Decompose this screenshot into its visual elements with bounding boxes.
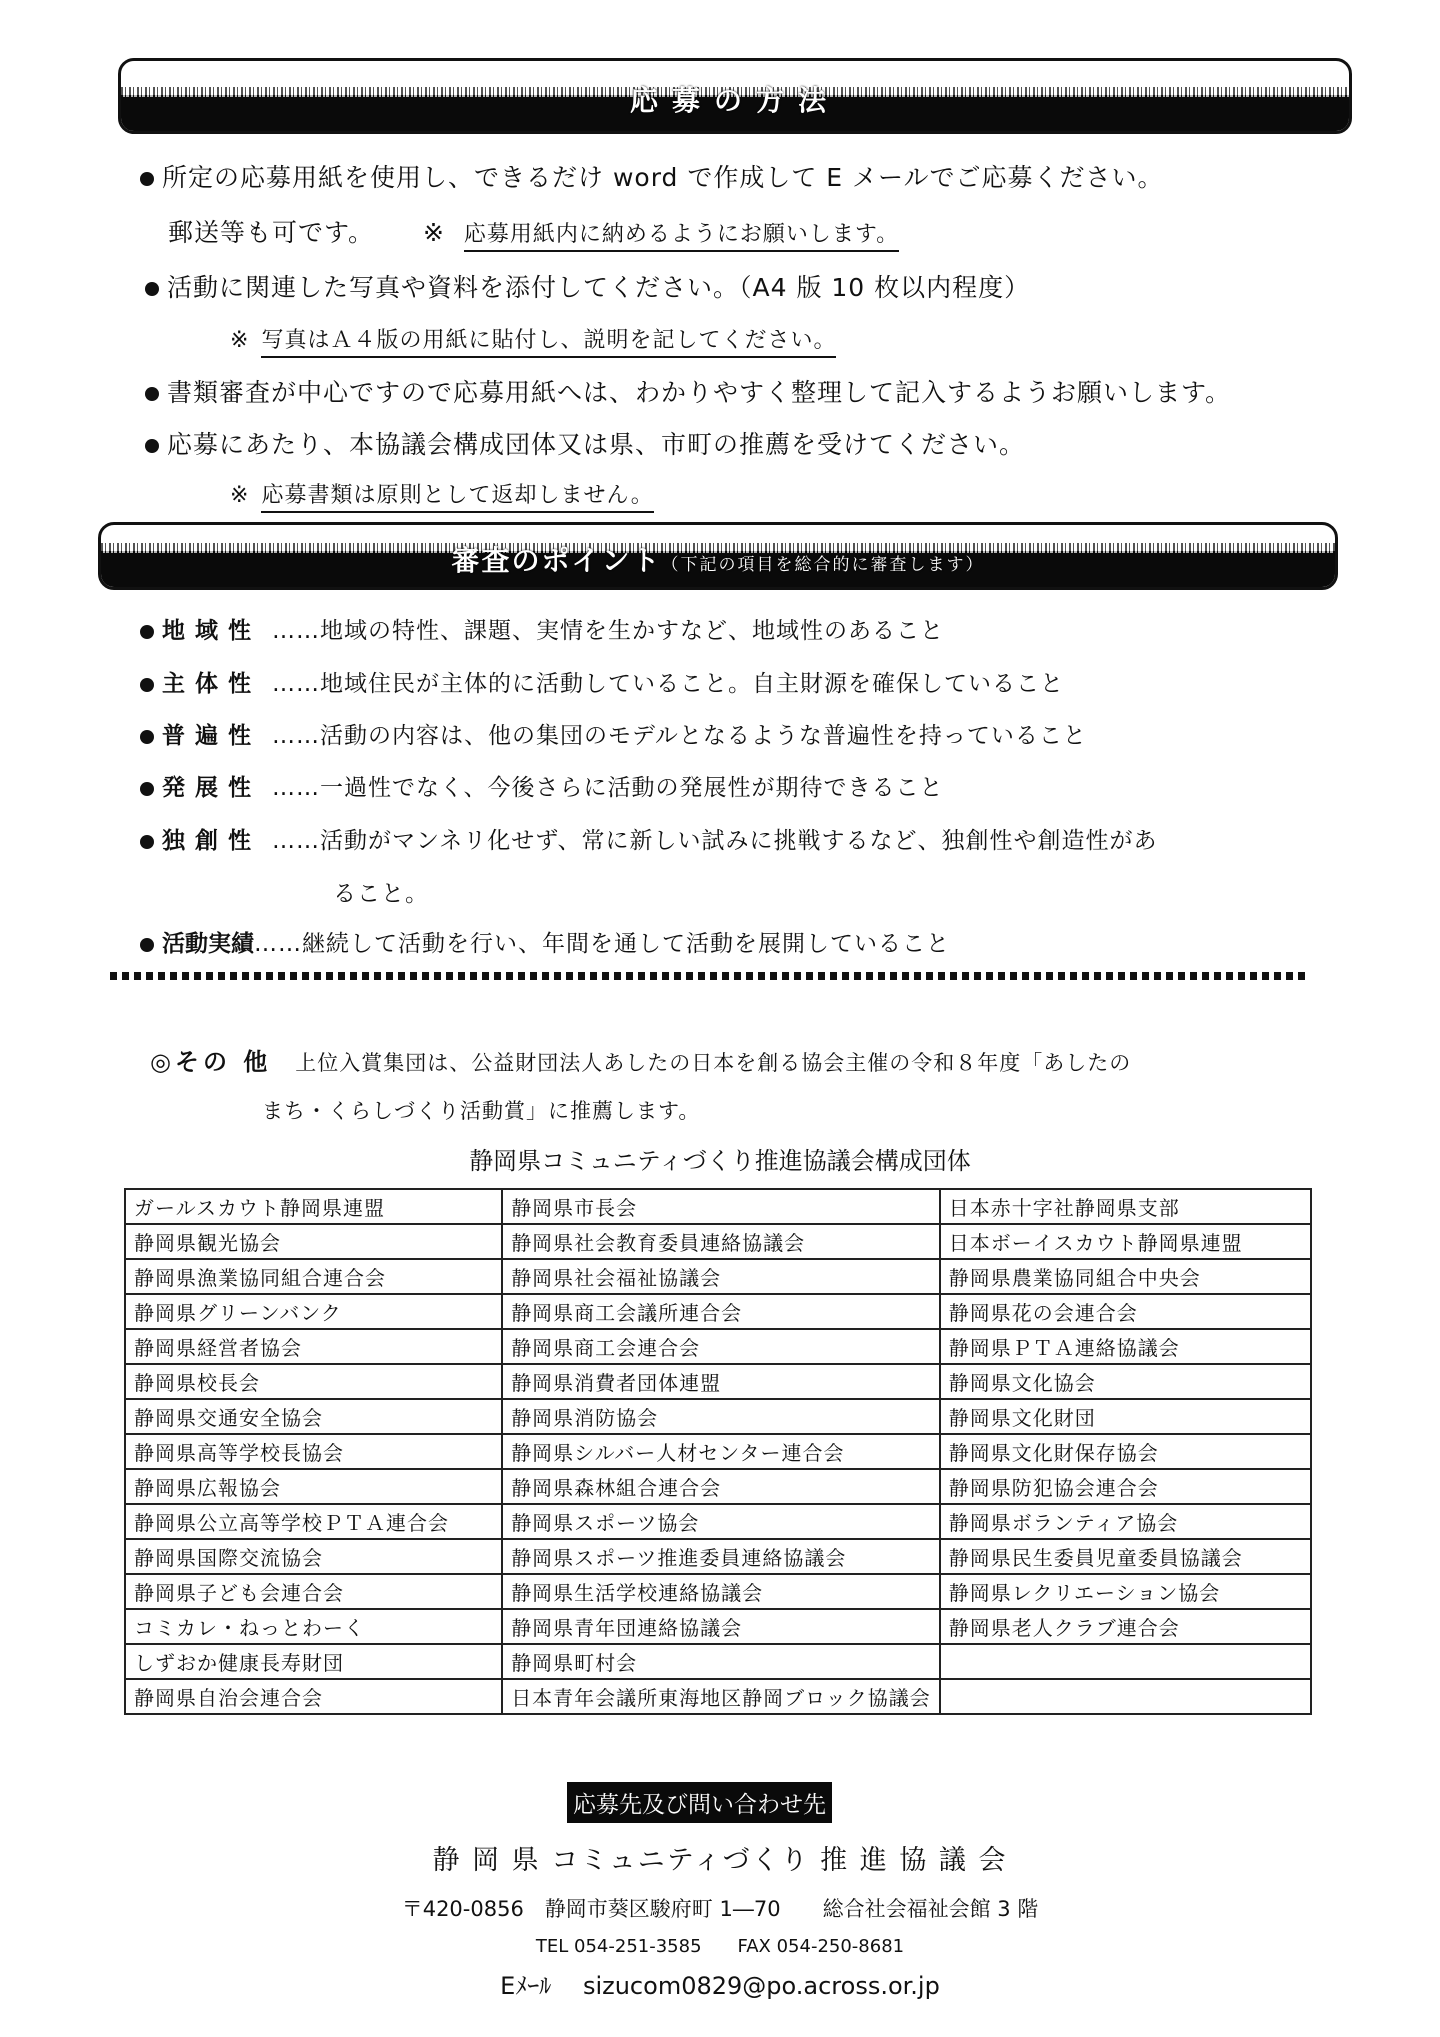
table-cell: 静岡県文化協会 xyxy=(940,1364,1311,1399)
table-row: 静岡県経営者協会静岡県商工会連合会静岡県ＰＴＡ連絡協議会 xyxy=(125,1329,1311,1364)
contact-org-name: 静 岡 県 コミュニティづくり 推 進 協 議 会 xyxy=(0,1838,1440,1877)
table-row: コミカレ・ねっとわーく静岡県青年団連絡協議会静岡県老人クラブ連合会 xyxy=(125,1609,1311,1644)
table-cell: 静岡県国際交流協会 xyxy=(125,1539,502,1574)
table-cell: 静岡県森林組合連合会 xyxy=(502,1469,940,1504)
bullet-icon xyxy=(140,172,154,186)
point-term: 普遍性 xyxy=(162,717,272,750)
table-cell: 静岡県市長会 xyxy=(502,1189,940,1224)
instruction-4: 応募にあたり、本協議会構成団体又は県、市町の推薦を受けてください。 xyxy=(145,425,1025,461)
point-term: 地域性 xyxy=(162,612,272,645)
instruction-text: 郵送等も可です。 xyxy=(168,218,374,247)
bullet-icon xyxy=(145,387,159,401)
table-cell: 静岡県子ども会連合会 xyxy=(125,1574,502,1609)
table-cell: 静岡県公立高等学校ＰＴＡ連合会 xyxy=(125,1504,502,1539)
table-cell: 静岡県町村会 xyxy=(502,1644,940,1679)
point-desc: 一過性でなく、今後さらに活動の発展性が期待できること xyxy=(320,775,944,801)
table-row: ガールスカウト静岡県連盟静岡県市長会日本赤十字社静岡県支部 xyxy=(125,1189,1311,1224)
table-cell: 静岡県生活学校連絡協議会 xyxy=(502,1574,940,1609)
table-cell: 静岡県観光協会 xyxy=(125,1224,502,1259)
table-cell: 静岡県グリーンバンク xyxy=(125,1294,502,1329)
point-sep: …… xyxy=(272,775,320,801)
point-originality: 独創性……活動がマンネリ化せず、常に新しい試みに挑戦するなど、独創性や創造性があ xyxy=(140,822,1157,855)
point-term: 独創性 xyxy=(162,822,272,855)
table-cell: 静岡県スポーツ推進委員連絡協議会 xyxy=(502,1539,940,1574)
table-cell: 静岡県交通安全協会 xyxy=(125,1399,502,1434)
table-row: 静岡県子ども会連合会静岡県生活学校連絡協議会静岡県レクリエーション協会 xyxy=(125,1574,1311,1609)
table-cell: 静岡県消費者団体連盟 xyxy=(502,1364,940,1399)
point-sep: …… xyxy=(254,931,302,957)
instruction-text: 応募にあたり、本協議会構成団体又は県、市町の推薦を受けてください。 xyxy=(167,430,1025,459)
email-label: Eﾒｰﾙ xyxy=(500,1972,551,2000)
point-desc: 活動がマンネリ化せず、常に新しい試みに挑戦するなど、独創性や創造性があ xyxy=(320,828,1157,854)
table-cell: 日本赤十字社静岡県支部 xyxy=(940,1189,1311,1224)
contact-telfax: TEL 054-251-3585 FAX 054-250-8681 xyxy=(0,1932,1440,1958)
instruction-text: 書類審査が中心ですので応募用紙へは、わかりやすく整理して記入するようお願いします… xyxy=(167,378,1231,407)
table-row: 静岡県漁業協同組合連合会静岡県社会福祉協議会静岡県農業協同組合中央会 xyxy=(125,1259,1311,1294)
table-row: 静岡県校長会静岡県消費者団体連盟静岡県文化協会 xyxy=(125,1364,1311,1399)
contact-label: 応募先及び問い合わせ先 xyxy=(567,1782,832,1823)
table-cell: ガールスカウト静岡県連盟 xyxy=(125,1189,502,1224)
table-cell: 静岡県消防協会 xyxy=(502,1399,940,1434)
table-row: 静岡県広報協会静岡県森林組合連合会静岡県防犯協会連合会 xyxy=(125,1469,1311,1504)
note-text: 応募用紙内に納めるようにお願いします。 xyxy=(464,222,899,252)
table-row: 静岡県公立高等学校ＰＴＡ連合会静岡県スポーツ協会静岡県ボランティア協会 xyxy=(125,1504,1311,1539)
bullet-icon xyxy=(145,282,159,296)
email-link[interactable]: sizucom0829@po.across.or.jp xyxy=(583,1972,940,2000)
point-development: 発展性……一過性でなく、今後さらに活動の発展性が期待できること xyxy=(140,769,944,802)
bullet-icon xyxy=(140,625,154,639)
point-desc: 継続して活動を行い、年間を通して活動を展開していること xyxy=(302,931,950,957)
table-cell: 静岡県老人クラブ連合会 xyxy=(940,1609,1311,1644)
dotted-divider xyxy=(110,972,1310,980)
other-text: 上位入賞集団は、公益財団法人あしたの日本を創る協会主催の令和８年度「あしたの xyxy=(295,1051,1131,1075)
instruction-4-note: ※ 応募書類は原則として返却しません。 xyxy=(230,478,654,509)
note-mark: ※ xyxy=(423,218,445,247)
point-desc: 地域の特性、課題、実情を生かすなど、地域性のあること xyxy=(320,618,944,644)
table-cell: 日本ボーイスカウト静岡県連盟 xyxy=(940,1224,1311,1259)
point-universality: 普遍性……活動の内容は、他の集団のモデルとなるような普遍性を持っていること xyxy=(140,717,1087,750)
table-cell: しずおか健康長寿財団 xyxy=(125,1644,502,1679)
point-term: 発展性 xyxy=(162,769,272,802)
instruction-text: 所定の応募用紙を使用し、できるだけ word で作成して E メールでご応募くだ… xyxy=(162,163,1164,192)
instruction-2-note: ※ 写真はＡ４版の用紙に貼付し、説明を記してください。 xyxy=(230,323,836,354)
table-cell: 静岡県高等学校長協会 xyxy=(125,1434,502,1469)
note-mark: ※ xyxy=(230,328,249,353)
table-cell: 日本青年会議所東海地区静岡ブロック協議会 xyxy=(502,1679,940,1714)
section-banner-application-method: 応募の方法 xyxy=(118,58,1352,134)
point-desc: 地域住民が主体的に活動していること。自主財源を確保していること xyxy=(320,671,1064,697)
table-cell xyxy=(940,1679,1311,1714)
bullet-icon xyxy=(140,730,154,744)
table-row: 静岡県観光協会静岡県社会教育委員連絡協議会日本ボーイスカウト静岡県連盟 xyxy=(125,1224,1311,1259)
note-text: 応募書類は原則として返却しません。 xyxy=(261,483,653,513)
table-cell: 静岡県商工会連合会 xyxy=(502,1329,940,1364)
point-autonomy: 主体性……地域住民が主体的に活動していること。自主財源を確保していること xyxy=(140,665,1064,698)
table-cell: 静岡県経営者協会 xyxy=(125,1329,502,1364)
instruction-1: 所定の応募用紙を使用し、できるだけ word で作成して E メールでご応募くだ… xyxy=(140,158,1164,194)
members-title: 静岡県コミュニティづくり推進協議会構成団体 xyxy=(0,1141,1440,1176)
table-cell: 静岡県社会福祉協議会 xyxy=(502,1259,940,1294)
section-title-text: 審査のポイント xyxy=(451,544,661,577)
table-row: 静岡県国際交流協会静岡県スポーツ推進委員連絡協議会静岡県民生委員児童委員協議会 xyxy=(125,1539,1311,1574)
contact-address: 〒420-0856 静岡市葵区駿府町 1―70 総合社会福祉会館 3 階 xyxy=(0,1893,1440,1923)
point-term: 活動実績 xyxy=(162,925,254,958)
bullet-icon xyxy=(145,439,159,453)
table-cell: 静岡県シルバー人材センター連合会 xyxy=(502,1434,940,1469)
bullet-icon xyxy=(140,678,154,692)
other-note: ◎その 他上位入賞集団は、公益財団法人あしたの日本を創る協会主催の令和８年度「あ… xyxy=(150,1042,1131,1077)
point-sep: …… xyxy=(272,828,320,854)
point-sep: …… xyxy=(272,671,320,697)
table-cell: 静岡県社会教育委員連絡協議会 xyxy=(502,1224,940,1259)
point-regional: 地域性……地域の特性、課題、実情を生かすなど、地域性のあること xyxy=(140,612,944,645)
section-banner-review-points: 審査のポイント（下記の項目を総合的に審査します） xyxy=(98,522,1338,590)
table-cell: 静岡県ボランティア協会 xyxy=(940,1504,1311,1539)
note-mark: ※ xyxy=(230,483,249,508)
contact-email-line: Eﾒｰﾙ sizucom0829@po.across.or.jp xyxy=(0,1966,1440,2001)
member-organizations-table: ガールスカウト静岡県連盟静岡県市長会日本赤十字社静岡県支部静岡県観光協会静岡県社… xyxy=(124,1188,1312,1715)
table-body: ガールスカウト静岡県連盟静岡県市長会日本赤十字社静岡県支部静岡県観光協会静岡県社… xyxy=(125,1189,1311,1714)
table-cell: 静岡県自治会連合会 xyxy=(125,1679,502,1714)
table-row: 静岡県グリーンバンク静岡県商工会議所連合会静岡県花の会連合会 xyxy=(125,1294,1311,1329)
point-originality-cont: ること。 xyxy=(333,875,429,908)
table-cell: 静岡県花の会連合会 xyxy=(940,1294,1311,1329)
note-text: 写真はＡ４版の用紙に貼付し、説明を記してください。 xyxy=(261,328,836,358)
point-achievement: 活動実績……継続して活動を行い、年間を通して活動を展開していること xyxy=(140,925,950,958)
table-cell xyxy=(940,1644,1311,1679)
table-cell: 静岡県農業協同組合中央会 xyxy=(940,1259,1311,1294)
table-cell: 静岡県文化財団 xyxy=(940,1399,1311,1434)
instruction-3: 書類審査が中心ですので応募用紙へは、わかりやすく整理して記入するようお願いします… xyxy=(145,373,1231,409)
point-desc: 活動の内容は、他の集団のモデルとなるような普遍性を持っていること xyxy=(320,723,1087,749)
table-cell: 静岡県民生委員児童委員協議会 xyxy=(940,1539,1311,1574)
table-cell: コミカレ・ねっとわーく xyxy=(125,1609,502,1644)
other-note-cont: まち・くらしづくり活動賞」に推薦します。 xyxy=(262,1095,700,1125)
bullet-icon xyxy=(140,782,154,796)
table-cell: 静岡県スポーツ協会 xyxy=(502,1504,940,1539)
section-title: 審査のポイント（下記の項目を総合的に審査します） xyxy=(101,539,1335,579)
table-cell: 静岡県校長会 xyxy=(125,1364,502,1399)
table-cell: 静岡県防犯協会連合会 xyxy=(940,1469,1311,1504)
instruction-text: 活動に関連した写真や資料を添付してください。（A4 版 10 枚以内程度） xyxy=(167,273,1030,302)
bullet-icon xyxy=(140,938,154,952)
table-row: しずおか健康長寿財団静岡県町村会 xyxy=(125,1644,1311,1679)
instruction-2: 活動に関連した写真や資料を添付してください。（A4 版 10 枚以内程度） xyxy=(145,268,1030,304)
table-cell: 静岡県漁業協同組合連合会 xyxy=(125,1259,502,1294)
table-cell: 静岡県レクリエーション協会 xyxy=(940,1574,1311,1609)
section-title: 応募の方法 xyxy=(121,79,1349,119)
table-row: 静岡県自治会連合会日本青年会議所東海地区静岡ブロック協議会 xyxy=(125,1679,1311,1714)
table-cell: 静岡県広報協会 xyxy=(125,1469,502,1504)
table-cell: 静岡県青年団連絡協議会 xyxy=(502,1609,940,1644)
table-row: 静岡県交通安全協会静岡県消防協会静岡県文化財団 xyxy=(125,1399,1311,1434)
other-label: ◎その 他 xyxy=(150,1048,271,1076)
point-sep: …… xyxy=(272,723,320,749)
bullet-icon xyxy=(140,835,154,849)
point-sep: …… xyxy=(272,618,320,644)
table-row: 静岡県高等学校長協会静岡県シルバー人材センター連合会静岡県文化財保存協会 xyxy=(125,1434,1311,1469)
point-term: 主体性 xyxy=(162,665,272,698)
instruction-1b: 郵送等も可です。 ※ 応募用紙内に納めるようにお願いします。 xyxy=(168,213,899,249)
table-cell: 静岡県文化財保存協会 xyxy=(940,1434,1311,1469)
table-cell: 静岡県商工会議所連合会 xyxy=(502,1294,940,1329)
table-cell: 静岡県ＰＴＡ連絡協議会 xyxy=(940,1329,1311,1364)
section-subtitle: （下記の項目を総合的に審査します） xyxy=(662,555,985,575)
